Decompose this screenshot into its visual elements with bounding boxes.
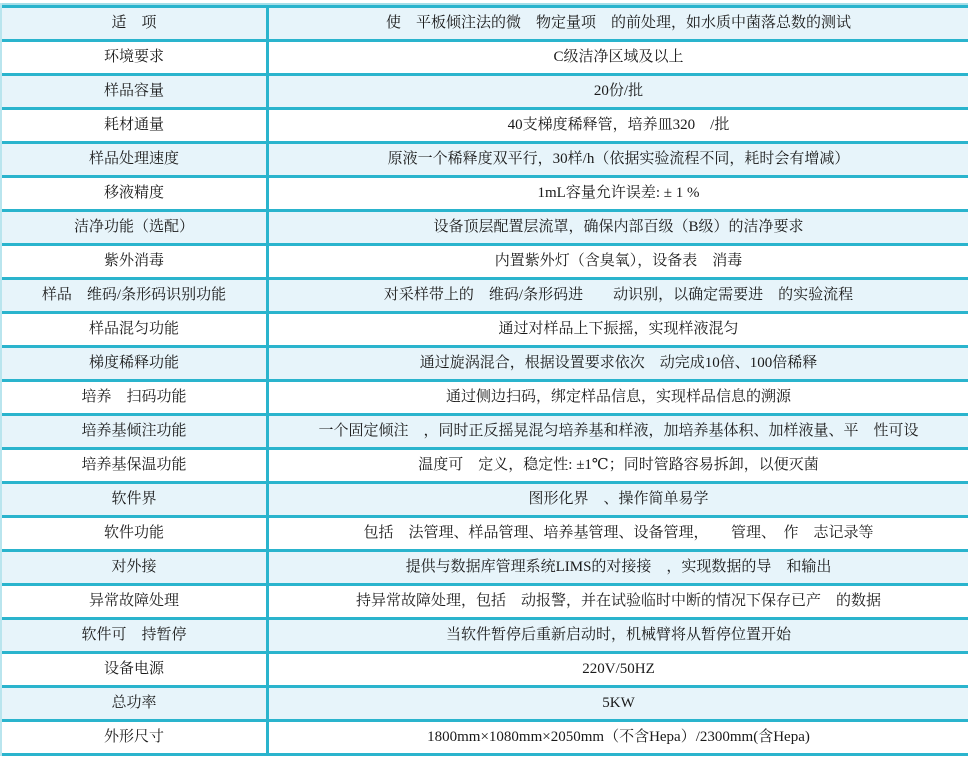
spec-label-cell: 软件可 持暂停 [2, 620, 269, 651]
spec-label-cell: 设备电源 [2, 654, 269, 685]
spec-value-cell: 20份/批 [269, 76, 968, 107]
spec-row: 环境要求 C级洁净区域及以上 [2, 42, 968, 76]
spec-value-cell: 通过侧边扫码，绑定样品信息，实现样品信息的溯源 [269, 382, 968, 413]
spec-label-cell: 培养 扫码功能 [2, 382, 269, 413]
spec-row: 洁净功能（选配） 设备顶层配置层流罩，确保内部百级（B级）的洁净要求 [2, 212, 968, 246]
spec-label-cell: 样品处理速度 [2, 144, 269, 175]
spec-row: 对外接 提供与数据库管理系统LIMS的对接接 ，实现数据的导 和输出 [2, 552, 968, 586]
spec-row: 梯度稀释功能 通过旋涡混合，根据设置要求依次 动完成10倍、100倍稀释 [2, 348, 968, 382]
spec-row: 样品 维码/条形码识别功能 对采样带上的 维码/条形码进 动识别，以确定需要进 … [2, 280, 968, 314]
spec-value-cell: 1mL容量允许误差: ± 1 % [269, 178, 968, 209]
spec-label-cell: 紫外消毒 [2, 246, 269, 277]
spec-value-cell: 40支梯度稀释管，培养皿320 /批 [269, 110, 968, 141]
spec-value-cell: C级洁净区域及以上 [269, 42, 968, 73]
spec-label-cell: 耗材通量 [2, 110, 269, 141]
spec-label-cell: 样品混匀功能 [2, 314, 269, 345]
spec-label-cell: 环境要求 [2, 42, 269, 73]
spec-table: 适 项 使 平板倾注法的微 物定量项 的前处理，如水质中菌落总数的测试 环境要求… [0, 3, 968, 756]
spec-value-cell: 包括 法管理、样品管理、培养基管理、设备管理， 管理、 作 志记录等 [269, 518, 968, 549]
spec-row: 总功率 5KW [2, 688, 968, 722]
spec-row: 软件可 持暂停 当软件暂停后重新启动时，机械臂将从暂停位置开始 [2, 620, 968, 654]
spec-row: 软件功能 包括 法管理、样品管理、培养基管理、设备管理， 管理、 作 志记录等 [2, 518, 968, 552]
spec-rows: 适 项 使 平板倾注法的微 物定量项 的前处理，如水质中菌落总数的测试 环境要求… [2, 8, 968, 756]
spec-row: 异常故障处理 持异常故障处理，包括 动报警，并在试验临时中断的情况下保存已产 的… [2, 586, 968, 620]
spec-value-cell: 当软件暂停后重新启动时，机械臂将从暂停位置开始 [269, 620, 968, 651]
spec-row: 移液精度 1mL容量允许误差: ± 1 % [2, 178, 968, 212]
spec-value-cell: 一个固定倾注 ，同时正反摇晃混匀培养基和样液，加培养基体积、加样液量、平 性可设 [269, 416, 968, 447]
spec-label-cell: 样品 维码/条形码识别功能 [2, 280, 269, 311]
spec-row: 外形尺寸 1800mm×1080mm×2050mm（不含Hepa）/2300mm… [2, 722, 968, 756]
spec-label-cell: 培养基倾注功能 [2, 416, 269, 447]
spec-label-cell: 总功率 [2, 688, 269, 719]
spec-value-cell: 使 平板倾注法的微 物定量项 的前处理，如水质中菌落总数的测试 [269, 8, 968, 39]
spec-label-cell: 培养基保温功能 [2, 450, 269, 481]
spec-row: 样品处理速度 原液一个稀释度双平行，30样/h（依据实验流程不同，耗时会有增减） [2, 144, 968, 178]
spec-row: 培养 扫码功能 通过侧边扫码，绑定样品信息，实现样品信息的溯源 [2, 382, 968, 416]
spec-value-cell: 温度可 定义，稳定性: ±1℃；同时管路容易拆卸，以便灭菌 [269, 450, 968, 481]
spec-value-cell: 220V/50HZ [269, 654, 968, 685]
spec-label-cell: 洁净功能（选配） [2, 212, 269, 243]
spec-value-cell: 1800mm×1080mm×2050mm（不含Hepa）/2300mm(含Hep… [269, 722, 968, 753]
spec-row: 培养基保温功能 温度可 定义，稳定性: ±1℃；同时管路容易拆卸，以便灭菌 [2, 450, 968, 484]
spec-label-cell: 软件界 [2, 484, 269, 515]
spec-row: 样品容量 20份/批 [2, 76, 968, 110]
spec-row: 培养基倾注功能 一个固定倾注 ，同时正反摇晃混匀培养基和样液，加培养基体积、加样… [2, 416, 968, 450]
spec-label-cell: 移液精度 [2, 178, 269, 209]
spec-row: 设备电源 220V/50HZ [2, 654, 968, 688]
spec-value-cell: 持异常故障处理，包括 动报警，并在试验临时中断的情况下保存已产 的数据 [269, 586, 968, 617]
spec-label-cell: 样品容量 [2, 76, 269, 107]
spec-value-cell: 图形化界 、操作简单易学 [269, 484, 968, 515]
spec-value-cell: 提供与数据库管理系统LIMS的对接接 ，实现数据的导 和输出 [269, 552, 968, 583]
spec-value-cell: 原液一个稀释度双平行，30样/h（依据实验流程不同，耗时会有增减） [269, 144, 968, 175]
spec-row: 适 项 使 平板倾注法的微 物定量项 的前处理，如水质中菌落总数的测试 [2, 8, 968, 42]
spec-row: 软件界 图形化界 、操作简单易学 [2, 484, 968, 518]
spec-value-cell: 设备顶层配置层流罩，确保内部百级（B级）的洁净要求 [269, 212, 968, 243]
spec-label-cell: 异常故障处理 [2, 586, 269, 617]
spec-value-cell: 通过旋涡混合，根据设置要求依次 动完成10倍、100倍稀释 [269, 348, 968, 379]
spec-row: 耗材通量 40支梯度稀释管，培养皿320 /批 [2, 110, 968, 144]
spec-value-cell: 5KW [269, 688, 968, 719]
spec-label-cell: 适 项 [2, 8, 269, 39]
spec-row: 样品混匀功能 通过对样品上下振摇，实现样液混匀 [2, 314, 968, 348]
spec-label-cell: 对外接 [2, 552, 269, 583]
spec-value-cell: 对采样带上的 维码/条形码进 动识别，以确定需要进 的实验流程 [269, 280, 968, 311]
spec-label-cell: 软件功能 [2, 518, 269, 549]
spec-label-cell: 外形尺寸 [2, 722, 269, 753]
spec-row: 紫外消毒 内置紫外灯（含臭氧），设备表 消毒 [2, 246, 968, 280]
spec-value-cell: 通过对样品上下振摇，实现样液混匀 [269, 314, 968, 345]
spec-value-cell: 内置紫外灯（含臭氧），设备表 消毒 [269, 246, 968, 277]
spec-label-cell: 梯度稀释功能 [2, 348, 269, 379]
